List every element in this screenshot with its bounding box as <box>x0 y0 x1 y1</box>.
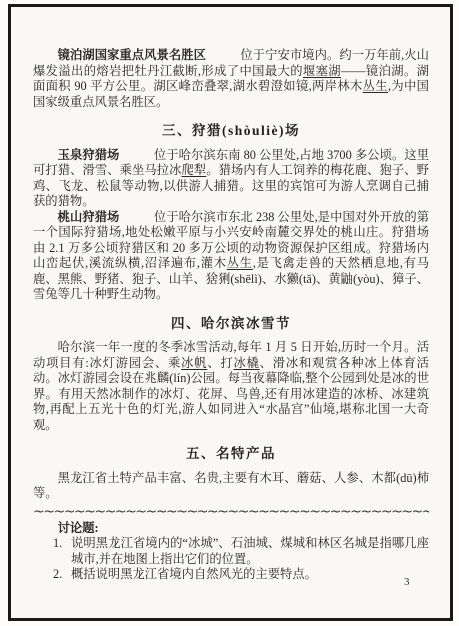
intro-paragraph: 镜泊湖国家重点风景名胜区位于宁安市境内。约一万年前,火山爆发溢出的熔岩把牡丹江截… <box>33 48 429 110</box>
products-text: 黑龙江省土特产品丰富、名贵,主要有木耳、蘑菇、人参、木都(dū)柿等。 <box>33 471 429 501</box>
wavy-divider: ~~~~~~~~~~~~~~~~~~~~~~~~~~~~~~~~~~~~~~~~… <box>33 505 429 521</box>
yuquan-hunting-paragraph: 玉泉狩猎场位于哈尔滨东南 80 公里处,占地 3700 多公顷。这里可打猎、滑雪… <box>33 148 429 210</box>
products-paragraph: 黑龙江省土特产品丰富、名贵,主要有木耳、蘑菇、人参、木都(dū)柿等。 <box>33 471 429 502</box>
section-heading-hunting: 三、狩猎(shòuliè)场 <box>33 123 429 139</box>
discussion-item-2: 2. 概括说明黑龙江省境内自然风光的主要特点。 <box>53 567 429 583</box>
page-border-frame: 镜泊湖国家重点风景名胜区位于宁安市境内。约一万年前,火山爆发溢出的熔岩把牡丹江截… <box>8 4 453 621</box>
scanned-book-page: 镜泊湖国家重点风景名胜区位于宁安市境内。约一万年前,火山爆发溢出的熔岩把牡丹江截… <box>0 0 459 626</box>
ice-festival-paragraph: 哈尔滨一年一度的冬季冰雪活动,每年 1 月 5 日开始,历时一个月。活动项目有:… <box>33 340 429 433</box>
yuquan-lead-term: 玉泉狩猎场 <box>58 148 154 162</box>
page-content: 镜泊湖国家重点风景名胜区位于宁安市境内。约一万年前,火山爆发溢出的熔岩把牡丹江截… <box>33 48 429 583</box>
discussion-item-1-text: 说明黑龙江省境内的“冰城”、石油城、煤城和林区名城是指哪几座城市,并在地图上指出… <box>71 536 429 567</box>
ice-festival-text: 哈尔滨一年一度的冬季冰雪活动,每年 1 月 5 日开始,历时一个月。活动项目有:… <box>33 340 429 432</box>
discussion-item-1: 1. 说明黑龙江省境内的“冰城”、石油城、煤城和林区名城是指哪几座城市,并在地图… <box>53 536 429 567</box>
intro-lead-term: 镜泊湖国家重点风景名胜区 <box>58 48 241 62</box>
discussion-item-2-text: 概括说明黑龙江省境内自然风光的主要特点。 <box>71 567 429 583</box>
taoshan-hunting-paragraph: 桃山狩猎场位于哈尔滨市东北 238 公里处,是中国对外开放的第一个国际狩猎场,地… <box>33 210 429 303</box>
discussion-item-2-number: 2. <box>53 567 71 583</box>
taoshan-lead-term: 桃山狩猎场 <box>58 210 154 224</box>
section-heading-ice-festival: 四、哈尔滨冰雪节 <box>33 316 429 332</box>
page-number: 3 <box>404 576 410 588</box>
section-heading-products: 五、名特产品 <box>33 446 429 462</box>
discussion-label: 讨论题: <box>33 521 429 537</box>
discussion-item-1-number: 1. <box>53 536 71 567</box>
